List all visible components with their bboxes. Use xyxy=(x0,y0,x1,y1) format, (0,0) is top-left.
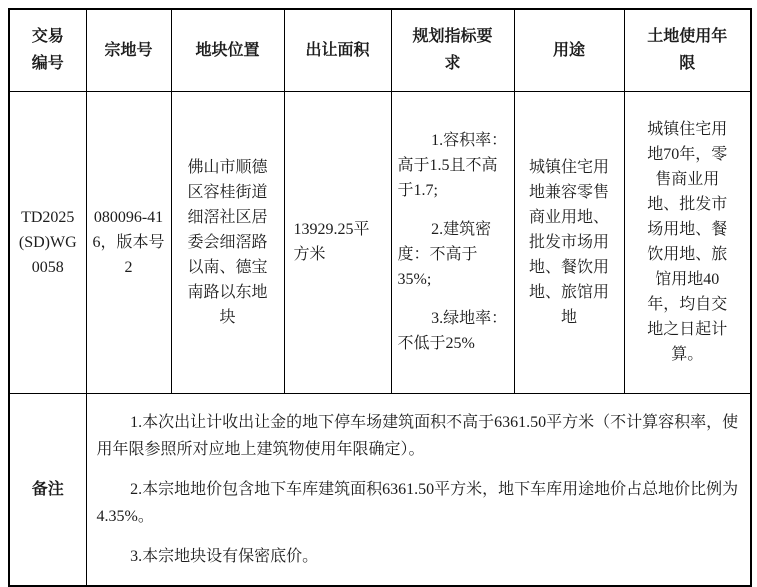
cell-land-use-term: 城镇住宅用地70年，零售商业用地、批发市场用地、餐饮用地、旅馆用地40年，均自交… xyxy=(624,91,751,393)
header-plot-location: 地块位置 xyxy=(171,9,284,91)
cell-transfer-area: 13929.25平方米 xyxy=(284,91,391,393)
remarks-label: 备注 xyxy=(9,393,86,586)
cell-planning-requirements: 1.容积率：高于1.5且不高于1.7; 2.建筑密度：不高于35%; 3.绿地率… xyxy=(391,91,514,393)
table-remarks-row: 备注 1.本次出让计收出让金的地下停车场建筑面积不高于6361.50平方米（不计… xyxy=(9,393,751,586)
planning-item-far: 1.容积率：高于1.5且不高于1.7; xyxy=(398,128,508,203)
table-header-row: 交易编号 宗地号 地块位置 出让面积 规划指标要求 用途 土地使用年限 xyxy=(9,9,751,91)
remark-item-3: 3.本宗地块设有保密底价。 xyxy=(97,543,741,570)
header-planning-requirements: 规划指标要求 xyxy=(391,9,514,91)
planning-item-green: 3.绿地率：不低于25% xyxy=(398,306,508,356)
header-transaction-no: 交易编号 xyxy=(9,9,86,91)
remark-item-2: 2.本宗地地价包含地下车库建筑面积6361.50平方米，地下车库用途地价占总地价… xyxy=(97,476,741,530)
cell-parcel-no: 080096-416，版本号2 xyxy=(86,91,171,393)
header-parcel-no: 宗地号 xyxy=(86,9,171,91)
land-transfer-table: 交易编号 宗地号 地块位置 出让面积 规划指标要求 用途 土地使用年限 TD20… xyxy=(8,8,752,587)
header-transfer-area: 出让面积 xyxy=(284,9,391,91)
header-land-use-term: 土地使用年限 xyxy=(624,9,751,91)
table-data-row: TD2025(SD)WG0058 080096-416，版本号2 佛山市顺德区容… xyxy=(9,91,751,393)
page: 交易编号 宗地号 地块位置 出让面积 规划指标要求 用途 土地使用年限 TD20… xyxy=(0,0,757,585)
planning-item-density: 2.建筑密度：不高于35%; xyxy=(398,217,508,292)
remark-item-1: 1.本次出让计收出让金的地下停车场建筑面积不高于6361.50平方米（不计算容积… xyxy=(97,409,741,463)
header-usage: 用途 xyxy=(514,9,624,91)
cell-plot-location: 佛山市顺德区容桂街道细滘社区居委会细滘路以南、德宝南路以东地块 xyxy=(171,91,284,393)
cell-usage: 城镇住宅用地兼容零售商业用地、批发市场用地、餐饮用地、旅馆用地 xyxy=(514,91,624,393)
remarks-content: 1.本次出让计收出让金的地下停车场建筑面积不高于6361.50平方米（不计算容积… xyxy=(86,393,751,586)
cell-transaction-no: TD2025(SD)WG0058 xyxy=(9,91,86,393)
